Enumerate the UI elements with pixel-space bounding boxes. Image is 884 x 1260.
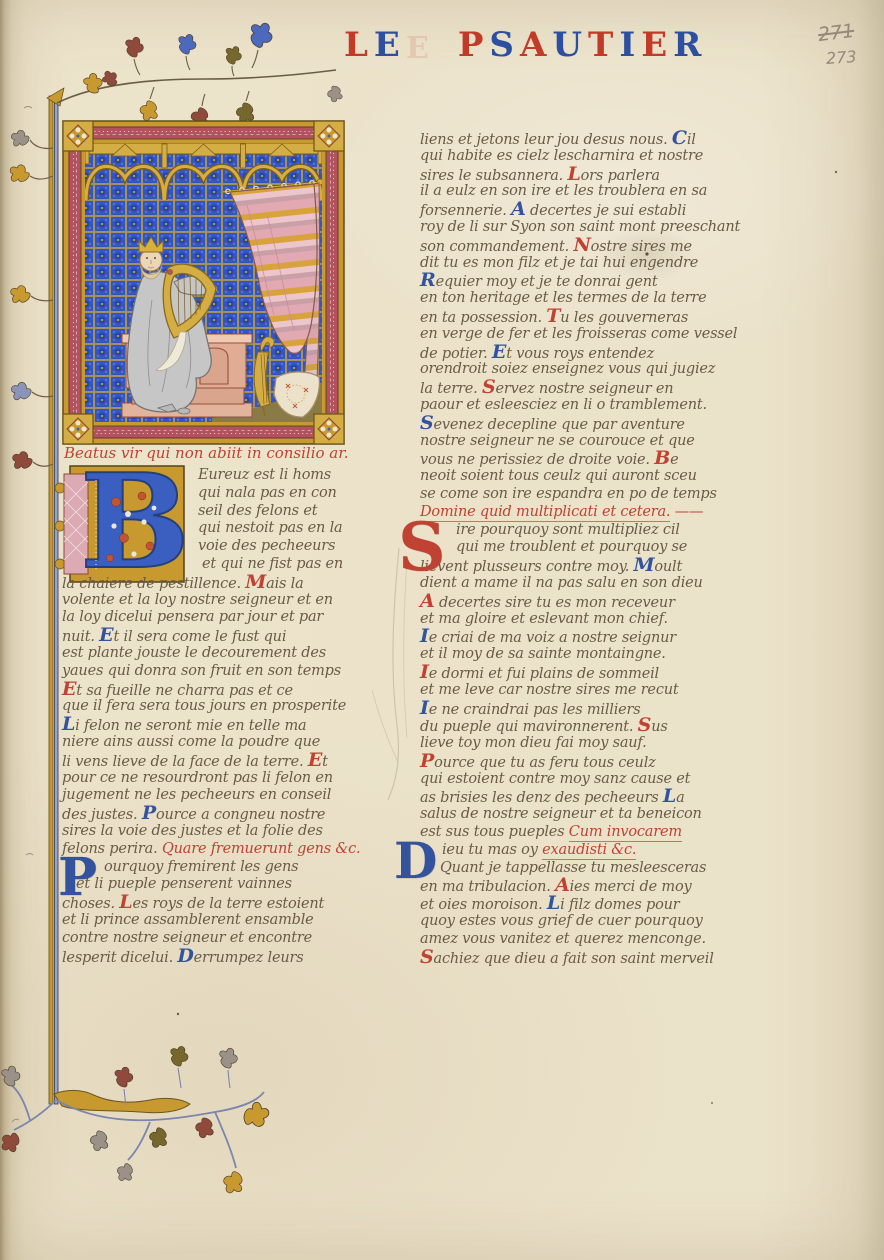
bottom-vine (0, 1046, 273, 1193)
text-line: son commandement. Nostre sires me (420, 237, 768, 255)
text-line: que il fera sera tous jours en prosperit… (62, 698, 396, 716)
title-letter: T (588, 26, 613, 64)
folio-number-old: 271 (817, 20, 856, 46)
text-line: en ta possession. Tu les gouverneras (420, 308, 768, 326)
text-line: ourquoy fremirent les gens (62, 859, 396, 877)
text-line: ire pourquoy sont multipliez cil (420, 522, 768, 540)
text-line: Et sa fueille ne charra pas et ce (62, 681, 396, 699)
left-sprigs (30, 140, 53, 466)
text-line: est plante jouste le decourement des (62, 645, 396, 663)
title-letter: R (673, 26, 701, 64)
text-line: de potier. Et vous roys entendez (420, 344, 768, 362)
text-line: dient a mame il na pas salu en son dieu (420, 575, 768, 593)
left-sprig-leaves (10, 129, 33, 469)
text-column-left: Eureuz est li homsqui nala pas en consei… (62, 467, 396, 965)
text-line: contre nostre seigneur et encontre (62, 930, 396, 948)
text-line: qui nestoit pas en la (62, 520, 396, 538)
text-line: qui habite es cielz lescharnira et nostr… (420, 148, 768, 166)
text-line: des justes. Pource a congneu nostre (62, 805, 396, 823)
text-line: la terre. Servez nostre seigneur en (420, 379, 768, 397)
miniature-king-david (62, 120, 345, 445)
text-line: orendroit soiez enseignez vous qui jugie… (420, 361, 768, 379)
text-line: forsennerie. A decertes je sui establi (420, 201, 768, 219)
text-line: jugement ne les pecheeurs en conseil (62, 787, 396, 805)
text-line: lieve toy mon dieu fai moy sauf. (420, 735, 768, 753)
title-letter: E (641, 26, 667, 64)
text-line: du pueple qui mavironnerent. Sus (420, 717, 768, 735)
text-line: qui me troublent et pourquoy se (420, 539, 768, 557)
miniature-illustration (62, 120, 345, 445)
text-line: Domine quid multiplicati et cetera. —— (420, 504, 768, 522)
text-line: Ie ne craindrai pas les milliers (420, 700, 768, 718)
text-line: et me leve car nostre sires me recut (420, 682, 768, 700)
dropcap-initial-D: D (394, 840, 437, 881)
text-line: la chaiere de pestillence. Mais la (62, 574, 396, 592)
text-line: li vens lieve de la face de la terre. Et (62, 752, 396, 770)
text-line: voie des pecheeurs (62, 538, 396, 556)
text-line: vous ne perissiez de droite voie. Be (420, 450, 768, 468)
text-line: quoy estes vous grief de cuer pourquoy (420, 913, 768, 931)
text-line: sires le subsannera. Lors parlera (420, 166, 768, 184)
text-line: yaues qui donra son fruit en son temps (62, 663, 396, 681)
text-line: choses. Les roys de la terre estoient (62, 894, 396, 912)
text-line: en ton heritage et les termes de la terr… (420, 290, 768, 308)
text-line: felons perira. Quare fremuerunt gens &c. (62, 841, 396, 859)
text-line: Li felon ne seront mie en telle ma (62, 716, 396, 734)
text-line: est sus tous pueples Cum invocarem (420, 824, 768, 842)
text-line: amez vous vanitez et querez menconge. (420, 931, 768, 949)
text-line: dit tu es mon filz et je tai hui engendr… (420, 255, 768, 273)
text-line: lesperit dicelui. Derrumpez leurs (62, 948, 396, 966)
text-line: volente et la loy nostre seigneur et en (62, 592, 396, 610)
rubric-beatus: Beatus vir qui non abiit in consilio ar. (64, 444, 394, 462)
text-line: nostre seigneur ne se courouce et que (420, 433, 768, 451)
title-letter: U (552, 26, 582, 64)
text-line: et li pueple penserent vainnes (62, 876, 396, 894)
text-line: paour et esleesciez en li o tramblement. (420, 397, 768, 415)
text-line: roy de li sur Syon son saint mont preesc… (420, 219, 768, 237)
text-line: A decertes sire tu es mon receveur (420, 593, 768, 611)
text-line: Quant je tappellasse tu mesleesceras (420, 860, 768, 878)
title-letter: E (374, 26, 400, 64)
manuscript-page: E (0, 0, 884, 1260)
text-line: Eureuz est li homs (62, 467, 396, 485)
dropcap-initial-P: P (58, 857, 97, 900)
text-line: niere ains aussi come la poudre que (62, 734, 396, 752)
text-line: il a eulz en son ire et les troublera en… (420, 183, 768, 201)
dropcap-initial-S: S (398, 520, 446, 574)
text-line: nuit. Et il sera come le fust qui (62, 627, 396, 645)
text-line: qui estoient contre moy sanz cause et (420, 771, 768, 789)
text-line: Sachiez que dieu a fait son saint mervei… (420, 949, 768, 967)
text-line: et oies moroison. Li filz domes pour (420, 895, 768, 913)
text-line: en ma tribulacion. Aies merci de moy (420, 877, 768, 895)
top-vine (57, 50, 336, 106)
text-line: Ie criai de ma voiz a nostre seignur (420, 628, 768, 646)
text-line: neoit soient tous ceulz qui auront sceu (420, 468, 768, 486)
text-line: salus de nostre seigneur et ta beneicon (420, 806, 768, 824)
text-line: et qui ne fist pas en (62, 556, 396, 574)
title-letter: A (520, 26, 546, 64)
text-line: as brisies les denz des pecheeurs La (420, 788, 768, 806)
top-vine-leaves (82, 23, 344, 127)
title-letter: L (344, 26, 368, 64)
text-line: lievent plusseurs contre moy. Moult (420, 557, 768, 575)
text-line: qui nala pas en con (62, 485, 396, 503)
title-letter: S (489, 26, 514, 64)
folio-number-new: 273 (825, 47, 857, 68)
title-letter: P (458, 26, 484, 64)
text-line: se come son ire espandra en po de temps (420, 486, 768, 504)
page-title: LEPSAUTIER (344, 26, 707, 64)
title-letter: I (619, 26, 635, 64)
text-line: seil des felons et (62, 503, 396, 521)
text-line: et li prince assamblerent ensamble (62, 912, 396, 930)
text-line: et il moy de sa sainte montaingne. (420, 646, 768, 664)
text-line: pour ce ne resourdront pas li felon en (62, 770, 396, 788)
text-line: et ma gloire et eslevant mon chief. (420, 611, 768, 629)
text-line: Ie dormi et fui plains de sommeil (420, 664, 768, 682)
text-line: Requier moy et je te donrai gent (420, 272, 768, 290)
text-line: sires la voie des justes et la folie des (62, 823, 396, 841)
text-line: liens et jetons leur jou desus nous. Cil (420, 130, 768, 148)
text-line: en verge de fer et les froisseras come v… (420, 326, 768, 344)
text-line: Pource que tu as feru tous ceulz (420, 753, 768, 771)
text-column-right: liens et jetons leur jou desus nous. Cil… (420, 130, 768, 966)
text-line: ieu tu mas oy exaudisti &c. (420, 842, 768, 860)
text-line: Sevenez decepline que par aventure (420, 415, 768, 433)
